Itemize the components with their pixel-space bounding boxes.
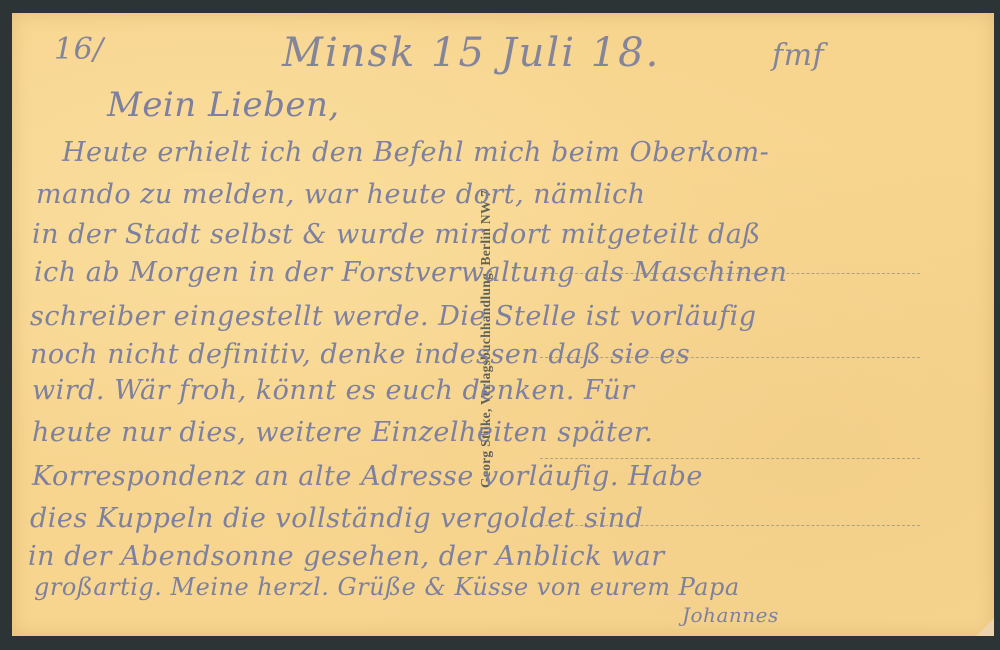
initials: fmf [772,41,824,71]
body-line: Korrespondenz an alte Adresse vorläufig.… [32,463,703,490]
body-line: schreiber eingestellt werde. Die Stelle … [30,303,757,330]
scan-background: Georg Stilke, Verlagsbuchhandlung, Berli… [0,0,1000,650]
address-line-3 [540,458,920,459]
signature: Johannes [682,605,779,625]
body-line: in der Abendsonne gesehen, der Anblick w… [28,543,665,570]
corner-wear [976,618,994,636]
salutation: Mein Lieben, [107,88,340,122]
body-line: in der Stadt selbst & wurde mir dort mit… [32,221,761,248]
body-line: mando zu melden, war heute dort, nämlich [36,181,646,208]
body-line: dies Kuppeln die vollständig vergoldet s… [30,505,643,532]
body-line: Heute erhielt ich den Befehl mich beim O… [62,139,769,166]
body-line: wird. Wär froh, könnt es euch denken. Fü… [32,377,635,404]
body-line: heute nur dies, weitere Einzelheiten spä… [32,419,653,446]
card-number: 16/ [54,35,104,65]
body-line: großartig. Meine herzl. Grüße & Küsse vo… [34,575,740,599]
body-line: ich ab Morgen in der Forstverwaltung als… [34,259,787,286]
place-date: Minsk 15 Juli 18. [282,33,660,73]
postcard: Georg Stilke, Verlagsbuchhandlung, Berli… [12,13,994,636]
body-line: noch nicht definitiv, denke indessen daß… [30,341,690,368]
